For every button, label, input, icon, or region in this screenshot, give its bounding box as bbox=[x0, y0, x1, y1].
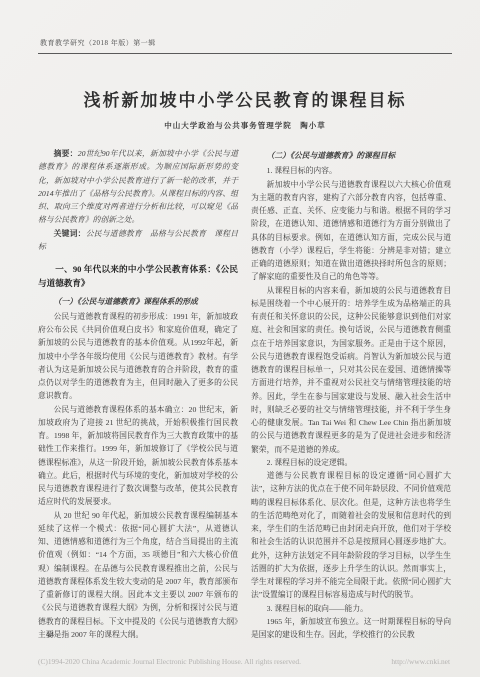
journal-page: 教育教学研究（2018 年版）第一辑 浅析新加坡中小学公民教育的课程目标 中山大… bbox=[0, 0, 480, 677]
subsection-2-heading: （二）《公民与道德教育》的课程目标 bbox=[251, 149, 451, 162]
right-column: （二）《公民与道德教育》的课程目标 1. 课程目标的内容。 新加坡中小学公民与道… bbox=[251, 147, 451, 641]
copyright-text: (C)1994-2020 China Academic Journal Elec… bbox=[38, 657, 301, 666]
item-2-heading: 2. 课程目标的设定逻辑。 bbox=[251, 456, 451, 469]
left-column: 摘要：20世纪90年代以来，新加坡中小学《公民与道德教育》的课程体系逐渐形成。为… bbox=[38, 147, 238, 641]
page-number: 44 bbox=[46, 630, 54, 639]
keywords-paragraph: 关键词：公民与道德教育 品格与公民教育 课程目标 bbox=[38, 227, 238, 254]
copyright-footer: (C)1994-2020 China Academic Journal Elec… bbox=[0, 657, 480, 666]
abstract-paragraph: 摘要：20世纪90年代以来，新加坡中小学《公民与道德教育》的课程体系逐渐形成。为… bbox=[38, 147, 238, 227]
subsection-1-heading: （一）《公民与道德教育》课程体系的形成 bbox=[38, 295, 238, 308]
paragraph: 从课程目标的内容来看，新加坡的公民与道德教育目标是围绕着一个中心展开的：培养学生… bbox=[251, 284, 451, 456]
running-head: 教育教学研究（2018 年版）第一辑 bbox=[38, 38, 452, 48]
header-divider bbox=[38, 53, 452, 54]
paragraph: 道德与公民教育课程目标的设定遵循“同心圆扩大法”，这种方法的优点在于使不同年龄层… bbox=[251, 469, 451, 602]
section-1-heading: 一、90 年代以来的中小学公民教育体系：《公民与道德教育》 bbox=[38, 263, 238, 291]
paragraph: 公民与道德教育课程的初步形成：1991 年，新加坡政府公布公民《共同价值观白皮书… bbox=[38, 310, 238, 403]
keywords-label: 关键词： bbox=[54, 229, 86, 238]
cnki-url: http://www.cnki.net bbox=[391, 657, 450, 666]
abstract-text: 20世纪90年代以来，新加坡中小学《公民与道德教育》的课程体系逐渐形成。为顺应国… bbox=[38, 149, 238, 224]
paragraph: 1965 年，新加坡宣布独立。这一时期课程目标的导向是国家的建设和生存。因此，学… bbox=[251, 615, 451, 642]
paragraph: 公民与道德教育课程体系的基本确立：20 世纪末，新加坡政府为了迎接 21 世纪的… bbox=[38, 403, 238, 509]
paragraph: 新加坡中小学公民与道德教育课程以六大核心价值观为主题的教育内容，建构了六部分教育… bbox=[251, 178, 451, 284]
abstract-label: 摘要： bbox=[54, 149, 78, 158]
paragraph: 从 20 世纪 90 年代起，新加坡公民教育课程编制基本延续了这样一个模式：依据… bbox=[38, 509, 238, 642]
item-1-heading: 1. 课程目标的内容。 bbox=[251, 164, 451, 177]
page-title: 浅析新加坡中小学公民教育的课程目标 bbox=[38, 86, 452, 111]
item-3-heading: 3. 课程目标的取向——能力。 bbox=[251, 602, 451, 615]
author-line: 中山大学政治与公共事务管理学院 陶小草 bbox=[38, 120, 452, 131]
article-body: 摘要：20世纪90年代以来，新加坡中小学《公民与道德教育》的课程体系逐渐形成。为… bbox=[38, 147, 452, 641]
